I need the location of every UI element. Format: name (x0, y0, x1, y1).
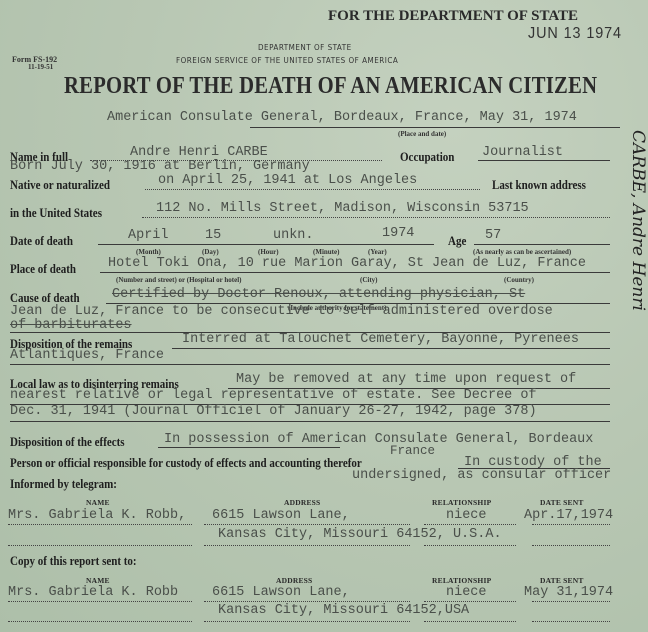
naturalized-line (145, 189, 480, 190)
last-address-label: Last known address (492, 178, 586, 193)
telegram-col-relationship: RELATIONSHIP (432, 498, 491, 507)
foreign-service-heading: FOREIGN SERVICE OF THE UNITED STATES OF … (176, 56, 398, 65)
death-day: 15 (205, 228, 221, 243)
us-address-line (142, 217, 610, 218)
copy-rule-relationship (424, 601, 516, 602)
copy-row-address-1: 6615 Lawson Lane, (212, 585, 350, 600)
department-heading: DEPARTMENT OF STATE (258, 43, 352, 52)
copy-col-name: NAME (86, 576, 110, 585)
remains-line-2-rule (10, 364, 610, 365)
effects-label: Disposition of the effects (10, 435, 125, 450)
place-date-line (250, 127, 620, 128)
naturalized-label: Native or naturalized (10, 178, 110, 193)
copy-col-address: ADDRESS (276, 576, 312, 585)
place-of-death-label: Place of death (10, 262, 76, 277)
age-label: Age (448, 234, 466, 249)
caption-month: (Month) (136, 248, 161, 256)
copy-rule-relationship-2 (424, 621, 516, 622)
us-address-label: in the United States (10, 206, 102, 221)
copy-heading: Copy of this report sent to: (10, 554, 137, 569)
copy-col-relationship: RELATIONSHIP (432, 576, 491, 585)
telegram-row-address-2: Kansas City, Missouri 64152, U.S.A. (218, 527, 502, 542)
margin-handwritten-note: CARBE, Andre Henri (628, 130, 648, 311)
death-hour: unkn. (273, 228, 314, 243)
caption-year: (Year) (368, 248, 387, 256)
naturalized-value: on April 25, 1941 at Los Angeles (158, 173, 417, 188)
custody-line-2: undersigned, as consular officer (352, 468, 611, 483)
cause-line-2: Jean de Luz, France to be consecutive to… (10, 304, 553, 319)
occupation-value: Journalist (482, 145, 563, 160)
born-value: Born July 30, 1916 at Berlin, Germany (10, 159, 310, 174)
caption-hour: (Hour) (258, 248, 279, 256)
telegram-col-name: NAME (86, 498, 110, 507)
copy-rule-date-2 (532, 621, 610, 622)
local-law-line-1: May be removed at any time upon request … (236, 372, 576, 387)
copy-row-address-2: Kansas City, Missouri 64152,USA (218, 603, 469, 618)
copy-rule-date (532, 601, 610, 602)
telegram-rule-date-2 (532, 545, 610, 546)
telegram-rule-relationship (424, 524, 516, 525)
copy-row-relationship: niece (446, 585, 487, 600)
place-of-death-line (100, 272, 610, 273)
caption-day: (Day) (202, 248, 219, 256)
caption-minute: (Minute) (313, 248, 339, 256)
telegram-row-relationship: niece (446, 508, 487, 523)
occupation-line (478, 160, 610, 161)
effects-line-1: In possession of American Consulate Gene… (164, 432, 593, 447)
telegram-row-date: Apr.17,1974 (524, 508, 613, 523)
age-line (474, 244, 610, 245)
telegram-row-name: Mrs. Gabriela K. Robb, (8, 508, 186, 523)
cause-line-3: of barbiturates (10, 318, 132, 333)
place-date-caption: (Place and date) (398, 130, 446, 138)
local-law-line-3-rule (10, 421, 610, 422)
form-date: 11-19-51 (28, 63, 53, 71)
copy-row-name: Mrs. Gabriela K. Robb (8, 585, 178, 600)
local-law-line-2: nearest relative or legal representative… (10, 388, 537, 403)
local-law-line-3: Dec. 31, 1941 (Journal Officiel of Janua… (10, 404, 537, 419)
copy-rule-name-2 (8, 621, 192, 622)
death-year: 1974 (382, 226, 414, 241)
page-title: REPORT OF THE DEATH OF AN AMERICAN CITIZ… (64, 73, 597, 100)
telegram-heading: Informed by telegram: (10, 477, 117, 492)
death-date-label: Date of death (10, 234, 73, 249)
copy-rule-address-2 (204, 621, 410, 622)
remains-line-1: Interred at Talouchet Cemetery, Bayonne,… (182, 332, 579, 347)
cause-line-1: Certified by Doctor Renoux, attending ph… (112, 287, 525, 302)
occupation-label: Occupation (400, 150, 454, 165)
telegram-rule-address (204, 524, 410, 525)
copy-rule-name (8, 601, 192, 602)
telegram-rule-name-2 (8, 545, 192, 546)
death-date-line (98, 244, 434, 245)
caption-country: (Country) (504, 276, 534, 284)
remains-line-1-rule (172, 348, 610, 349)
place-date-value: American Consulate General, Bordeaux, Fr… (107, 110, 577, 125)
received-stamp: FOR THE DEPARTMENT OF STATE (328, 8, 578, 25)
copy-row-date: May 31,1974 (524, 585, 613, 600)
received-stamp-date: JUN 13 1974 (528, 25, 622, 43)
effects-strike-rule (158, 447, 340, 448)
copy-rule-address (204, 601, 410, 602)
name-value: Andre Henri CARBE (130, 145, 268, 160)
copy-col-date: DATE SENT (540, 576, 584, 585)
telegram-col-date: DATE SENT (540, 498, 584, 507)
effects-line-2: France (390, 444, 435, 458)
age-caption: (As nearly as can be ascertained) (473, 248, 571, 256)
remains-line-2: Atlantiques, France (10, 348, 164, 363)
age-value: 57 (485, 228, 501, 243)
telegram-row-address-1: 6615 Lawson Lane, (212, 508, 350, 523)
caption-street: (Number and street) or (Hospital or hote… (116, 276, 241, 284)
custody-label: Person or official responsible for custo… (10, 456, 362, 471)
caption-city: (City) (360, 276, 378, 284)
telegram-rule-date (532, 524, 610, 525)
telegram-rule-relationship-2 (424, 545, 516, 546)
place-of-death-value: Hotel Toki Ona, 10 rue Marion Garay, St … (108, 256, 586, 271)
us-address-value: 112 No. Mills Street, Madison, Wisconsin… (156, 201, 529, 216)
telegram-rule-address-2 (204, 545, 410, 546)
telegram-col-address: ADDRESS (284, 498, 320, 507)
telegram-rule-name (8, 524, 192, 525)
death-month: April (128, 228, 169, 243)
